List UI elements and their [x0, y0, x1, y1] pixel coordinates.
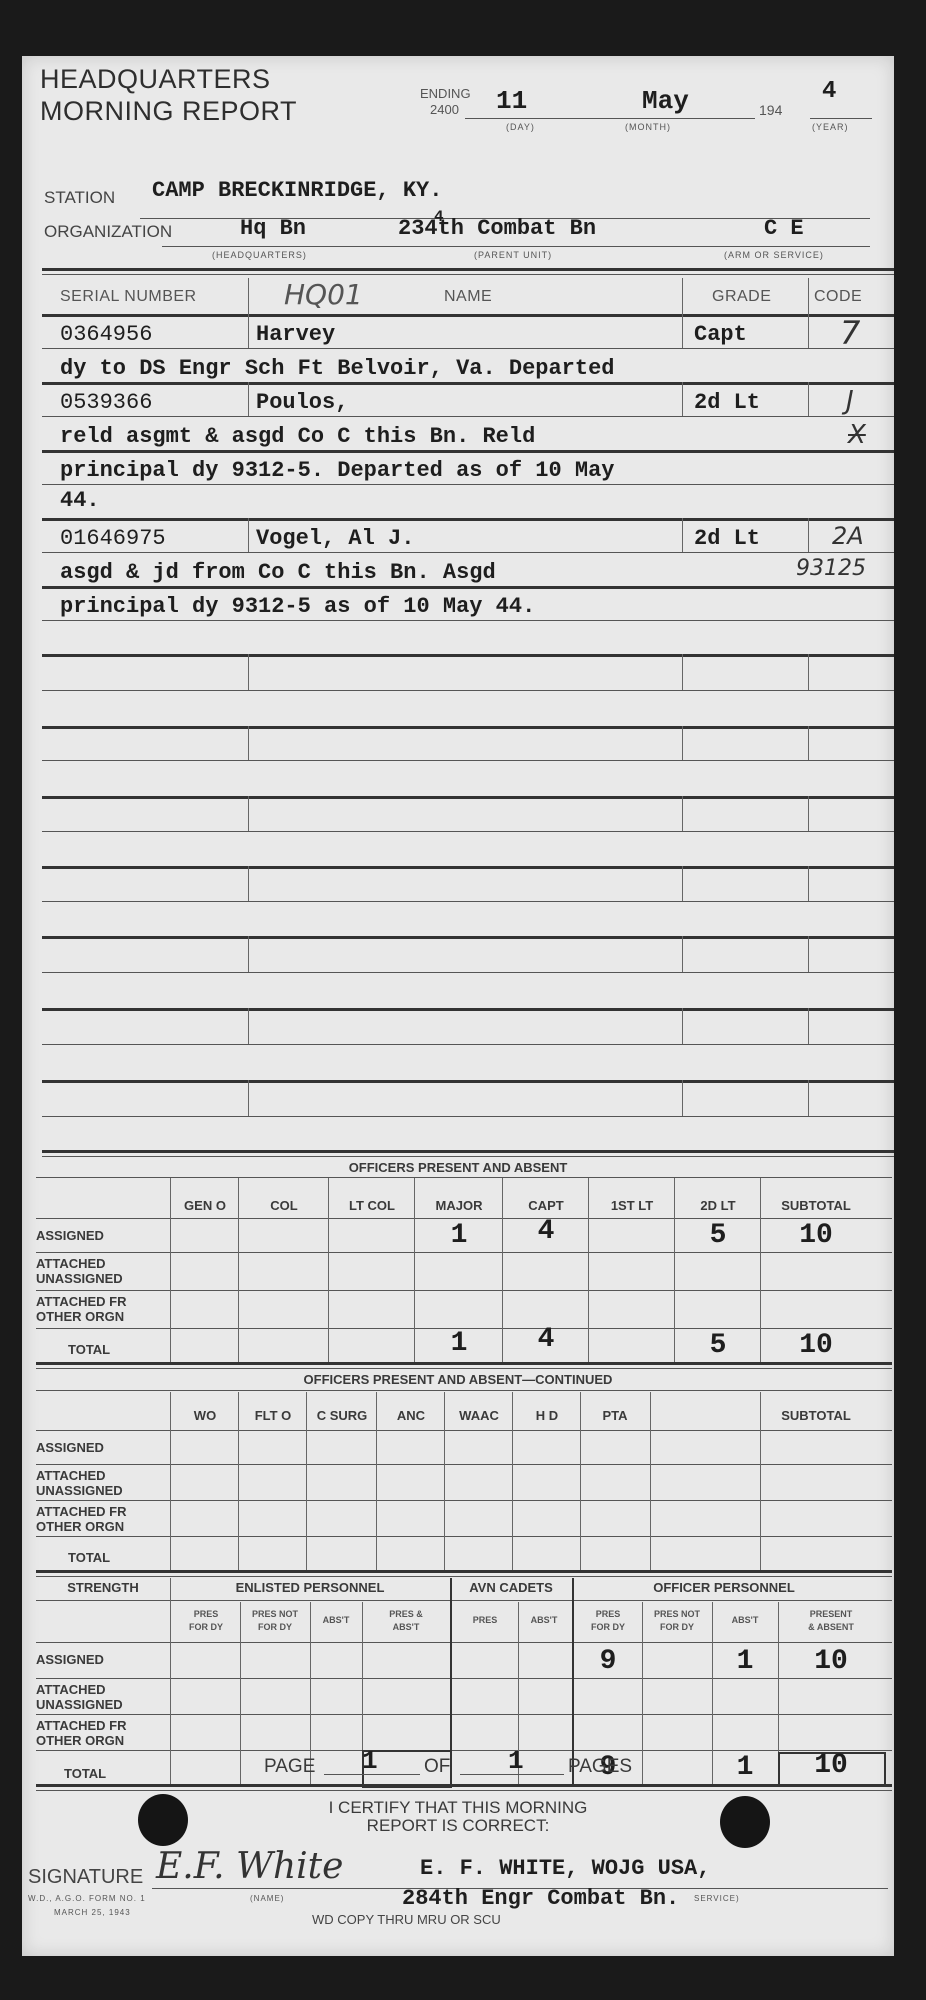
service-caption: SERVICE)	[694, 1894, 740, 1903]
certification-line2: REPORT IS CORRECT:	[22, 1816, 894, 1836]
parent-unit-correction: 4	[434, 208, 444, 226]
grade: Capt	[694, 322, 747, 347]
organization-label: ORGANIZATION	[44, 222, 172, 242]
subcol-header: PRES NOTFOR DY	[240, 1608, 310, 1634]
organization-parent-unit: 234th Combat Bn	[398, 216, 596, 241]
row-label-unassigned: UNASSIGNED	[36, 1483, 123, 1498]
serial-number: 0539366	[60, 390, 152, 415]
organization-arm-or-service: C E	[764, 216, 804, 241]
total-pages: 1	[508, 1746, 524, 1776]
name-header: NAME	[444, 288, 492, 306]
col-header: C SURG	[308, 1408, 376, 1423]
col-header: CAPT	[504, 1198, 588, 1213]
pages-label: PAGES	[568, 1756, 632, 1778]
name-caption: (NAME)	[250, 1894, 284, 1903]
row-label-assigned: ASSIGNED	[36, 1652, 104, 1667]
col-header: MAJOR	[416, 1198, 502, 1213]
total-2d-lt: 5	[676, 1330, 760, 1361]
ending-label: ENDING	[420, 86, 471, 101]
typed-signer-unit: 284th Engr Combat Bn.	[402, 1886, 679, 1911]
form-title-morning-report: MORNING REPORT	[40, 96, 297, 127]
total-capt: 4	[504, 1324, 588, 1355]
row-label-attached: ATTACHED	[36, 1682, 106, 1697]
row-label-other-orgn: OTHER ORGN	[36, 1309, 124, 1324]
grade: 2d Lt	[694, 526, 760, 551]
signature-label: SIGNATURE	[28, 1866, 143, 1889]
col-header: PTA	[582, 1408, 648, 1423]
assigned-officer-present-absent: 10	[778, 1646, 884, 1677]
station-label: STATION	[44, 188, 115, 208]
remark-line: principal dy 9312-5. Departed as of 10 M…	[60, 458, 615, 483]
total-major: 1	[416, 1328, 502, 1359]
assigned-officer-abst: 1	[712, 1646, 778, 1677]
col-header: WO	[172, 1408, 238, 1423]
assigned-subtotal: 10	[762, 1220, 870, 1251]
person-name: Poulos,	[256, 390, 348, 415]
form-date: MARCH 25, 1943	[54, 1908, 131, 1917]
subcol-header: ABS'T	[518, 1614, 570, 1627]
subcol-header: PRES	[452, 1614, 518, 1627]
col-header: WAAC	[446, 1408, 512, 1423]
row-label-total: TOTAL	[68, 1550, 110, 1565]
assigned-officer-pres-for-dy: 9	[574, 1646, 642, 1677]
row-label-attached-fr: ATTACHED FR	[36, 1504, 127, 1519]
arm-caption: (ARM OR SERVICE)	[724, 250, 824, 260]
row-label-other-orgn: OTHER ORGN	[36, 1733, 124, 1748]
subcol-header: PRES &ABS'T	[362, 1608, 450, 1634]
serial-number: 0364956	[60, 322, 152, 347]
group-enlisted-personnel: ENLISTED PERSONNEL	[172, 1580, 448, 1595]
subcol-header: ABS'T	[712, 1614, 778, 1627]
code: 7	[840, 314, 860, 352]
person-name: Harvey	[256, 322, 335, 347]
remark-line: 44.	[60, 488, 100, 513]
grade-header: GRADE	[712, 288, 771, 306]
of-label: OF	[424, 1756, 450, 1778]
total-subtotal: 10	[762, 1330, 870, 1361]
col-header: H D	[514, 1408, 580, 1423]
handwritten-annotation: HQ01	[284, 278, 363, 311]
row-label-attached: ATTACHED	[36, 1256, 106, 1271]
col-header: SUBTOTAL	[762, 1198, 870, 1213]
page-number: 1	[362, 1746, 378, 1776]
code-header: CODE	[814, 288, 862, 306]
remark-line: dy to DS Engr Sch Ft Belvoir, Va. Depart…	[60, 356, 615, 381]
handwritten-signature: E.F. White	[156, 1846, 343, 1887]
col-header: FLT O	[240, 1408, 306, 1423]
row-label-other-orgn: OTHER ORGN	[36, 1519, 124, 1534]
serial-number: 01646975	[60, 526, 166, 551]
total-officer-abst: 1	[712, 1752, 778, 1783]
code: J	[846, 386, 854, 416]
officers-continued-title: OFFICERS PRESENT AND ABSENT—CONTINUED	[22, 1372, 894, 1387]
grade: 2d Lt	[694, 390, 760, 415]
row-label-unassigned: UNASSIGNED	[36, 1697, 123, 1712]
assigned-capt: 4	[504, 1216, 588, 1247]
row-label-assigned: ASSIGNED	[36, 1228, 104, 1243]
form-number: W.D., A.G.O. FORM NO. 1	[28, 1894, 146, 1903]
code: 2A	[832, 522, 864, 550]
report-day: 11	[496, 86, 527, 116]
parent-unit-caption: (PARENT UNIT)	[474, 250, 552, 260]
month-caption: (MONTH)	[625, 122, 671, 132]
col-header: 1ST LT	[590, 1198, 674, 1213]
group-officer-personnel: OFFICER PERSONNEL	[574, 1580, 874, 1595]
morning-report-form: HEADQUARTERS MORNING REPORT ENDING 2400 …	[22, 56, 894, 1956]
strength-title: STRENGTH	[36, 1580, 170, 1595]
row-label-attached: ATTACHED	[36, 1468, 106, 1483]
subcol-header: PRES NOTFOR DY	[642, 1608, 712, 1634]
subcol-header: PRESFOR DY	[172, 1608, 240, 1634]
assigned-2d-lt: 5	[676, 1220, 760, 1251]
remark-line: principal dy 9312-5 as of 10 May 44.	[60, 594, 535, 619]
col-header: LT COL	[330, 1198, 414, 1213]
ending-time-label: 2400	[430, 102, 459, 117]
col-header: GEN O	[172, 1198, 238, 1213]
form-title-headquarters: HEADQUARTERS	[40, 64, 271, 95]
row-label-attached-fr: ATTACHED FR	[36, 1294, 127, 1309]
col-header: SUBTOTAL	[762, 1408, 870, 1423]
typed-signer-name: E. F. WHITE, WOJG USA,	[420, 1856, 710, 1881]
row-label-total: TOTAL	[68, 1342, 110, 1357]
year-caption: (YEAR)	[812, 122, 849, 132]
day-caption: (DAY)	[506, 122, 535, 132]
col-header: COL	[240, 1198, 328, 1213]
subcol-header: PRESFOR DY	[574, 1608, 642, 1634]
col-header: 2D LT	[676, 1198, 760, 1213]
remark-line: reld asgmt & asgd Co C this Bn. Reld	[60, 424, 535, 449]
copy-note: WD COPY THRU MRU OR SCU	[312, 1912, 501, 1927]
report-month: May	[642, 86, 689, 116]
headquarters-caption: (HEADQUARTERS)	[212, 250, 307, 260]
row-label-assigned: ASSIGNED	[36, 1440, 104, 1455]
page-label: PAGE	[264, 1756, 315, 1778]
total-officer-present-absent: 10	[778, 1750, 884, 1781]
subcol-header: ABS'T	[310, 1614, 362, 1627]
row-label-unassigned: UNASSIGNED	[36, 1271, 123, 1286]
row-label-total: TOTAL	[64, 1766, 106, 1781]
person-name: Vogel, Al J.	[256, 526, 414, 551]
organization-headquarters: Hq Bn	[240, 216, 306, 241]
station-value: CAMP BRECKINRIDGE, KY.	[152, 178, 442, 203]
certification-line1: I CERTIFY THAT THIS MORNING	[22, 1798, 894, 1818]
col-header: ANC	[378, 1408, 444, 1423]
officers-table-title: OFFICERS PRESENT AND ABSENT	[22, 1160, 894, 1175]
report-year-digit: 4	[822, 78, 836, 105]
year-prefix: 194	[759, 102, 782, 118]
remark-line: asgd & jd from Co C this Bn. Asgd	[60, 560, 496, 585]
row-label-attached-fr: ATTACHED FR	[36, 1718, 127, 1733]
group-avn-cadets: AVN CADETS	[452, 1580, 570, 1595]
assigned-major: 1	[416, 1220, 502, 1251]
serial-number-header: SERIAL NUMBER	[60, 288, 197, 306]
subcol-header: PRESENT& ABSENT	[778, 1608, 884, 1634]
code: 93125	[796, 556, 866, 581]
code: X	[848, 420, 866, 450]
